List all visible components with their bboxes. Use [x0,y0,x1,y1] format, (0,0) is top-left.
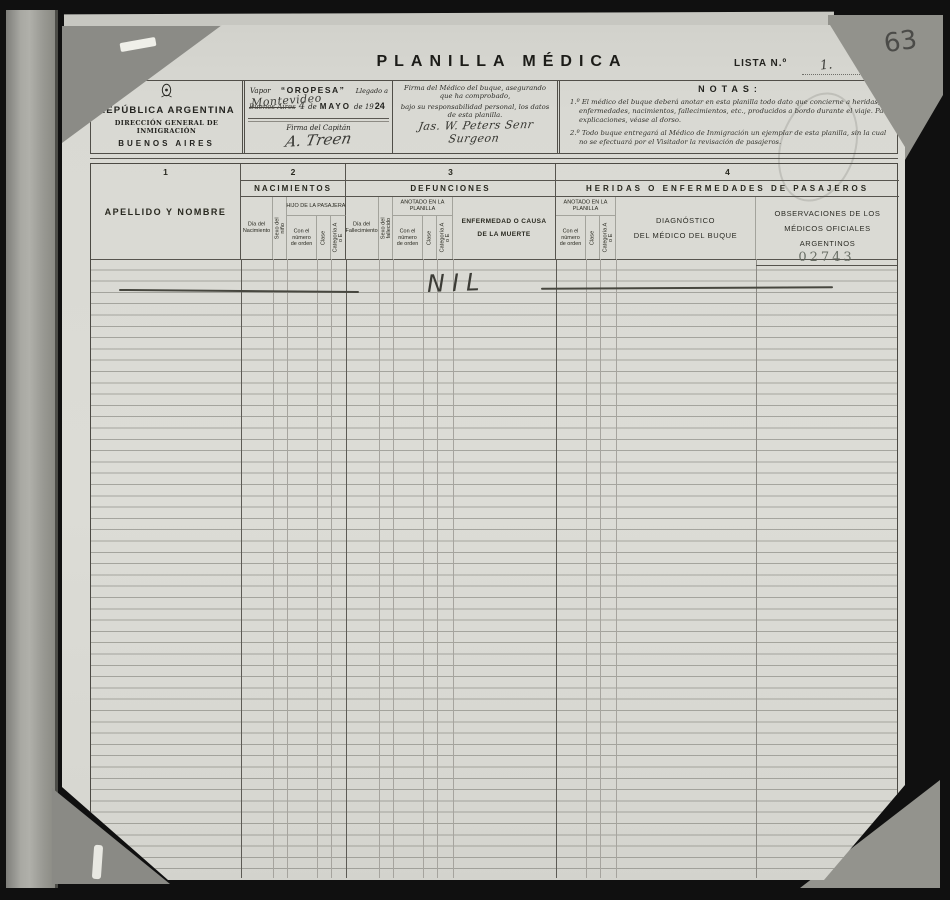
column-rule [331,259,332,878]
column-rule [423,259,424,878]
def-dia-label: Día del Fallecimiento [346,222,378,234]
nac-hijo-label: HIJO DE LA PASAJERA [286,203,345,209]
header-band: REPÚBLICA ARGENTINA DIRECCIÓN GENERAL DE… [90,80,898,154]
column-rule [393,259,394,878]
surgeon-statement-line2: bajo su responsabilidad personal, los da… [393,103,557,119]
her-categoria-label: Categoría A o E [602,222,613,254]
column-rule [756,259,757,878]
form-page: PLANILLA MÉDICA LISTA N.º 1. REPÚBLICA A… [62,25,905,880]
nacimientos-title: NACIMIENTOS [241,181,346,197]
de-year-label: de 19 [354,103,374,111]
her-num-header: Con el número de orden [556,216,586,259]
pencil-page-number: 63 [882,25,919,59]
ledger-row-lines [91,259,897,878]
vessel-box: Vapor “OROPESA” Llegado a Buenos Aires M… [244,81,393,153]
serial-rule [756,265,897,266]
llegado-label: Llegado a [356,87,388,95]
surgeon-box: Firma del Médico del buque, asegurando q… [393,81,558,153]
col-number-4: 4 [556,164,899,181]
lista-number-handwritten: 1. [819,57,833,73]
her-diagnostico-header: DIAGNÓSTICO DEL MÉDICO DEL BUQUE [616,197,756,259]
arrival-month: MAYO [320,102,351,111]
vapor-label: Vapor [250,87,271,95]
def-enfermedad-line2: DE LA MUERTE [477,228,530,241]
nac-num-label: Con el número de orden [290,228,313,247]
nac-clase-header: Clase [317,216,331,259]
column-rule [586,259,587,878]
her-categoria-header: Categoría A o E [600,216,616,259]
apellido-header: APELLIDO Y NOMBRE [105,165,227,259]
nac-dia-label: Día del Nacimiento [243,222,270,234]
divider [248,118,389,119]
def-categoria-label: Categoría A o E [439,222,450,254]
def-anotado-label: ANOTADO EN LA PLANILLA [399,200,445,212]
org-city: BUENOS AIRES [91,139,242,148]
def-anotado-header: ANOTADO EN LA PLANILLA [393,197,453,216]
lista-underline [802,74,866,75]
column-rule [453,259,454,878]
column-rule [600,259,601,878]
column-rule [616,259,617,878]
column-rule [273,259,274,878]
col-number-2: 2 [241,164,346,181]
divider [248,121,389,122]
lista-label: LISTA N.º [734,58,787,69]
nac-categoria-label: Categoría A o E [332,222,343,254]
defunciones-title: DEFUNCIONES [346,181,556,197]
her-diagnostico-line2: DEL MÉDICO DEL BUQUE [634,228,738,243]
nac-dia-header: Día del Nacimiento [241,197,273,259]
serial-stamp: 02743 [756,250,897,265]
nac-sexo-label: Sexo del niño [274,212,285,244]
def-enfermedad-header: ENFERMEDAD O CAUSA DE LA MUERTE [453,197,556,259]
form-title: PLANILLA MÉDICA [302,53,702,71]
scanned-document: 63 PLANILLA MÉDICA LISTA N.º 1. REPÚBLIC… [0,0,950,900]
def-enfermedad-line1: ENFERMEDAD O CAUSA [462,215,547,228]
heridas-title: HERIDAS O ENFERMEDADES DE PASAJEROS [556,181,899,197]
her-observaciones-line1: OBSERVACIONES DE LOS [775,206,881,221]
her-diagnostico-line1: DIAGNÓSTICO [656,213,715,228]
her-clase-header: Clase [586,216,600,259]
def-sexo-header: Sexo del fallecido [379,197,393,259]
column-rule [556,259,557,878]
nil-entry: NIL [427,268,487,298]
record-table: 1 APELLIDO Y NOMBRE 2 3 4 NACIMIENTOS DE… [90,163,898,878]
nac-sexo-header: Sexo del niño [273,197,287,259]
def-num-label: Con el número de orden [396,228,419,247]
column-rule [317,259,318,878]
book-page-block-edge [6,10,58,888]
nac-num-header: Con el número de orden [287,216,317,259]
surgeon-statement-line1: Firma del Médico del buque, asegurando q… [393,84,557,100]
org-department: DIRECCIÓN GENERAL DE INMIGRACIÓN [91,119,242,135]
surgeon-signature: Jas. W. Peters Senr Surgeon [391,118,560,147]
def-categoria-header: Categoría A o E [437,216,453,259]
column-rule [437,259,438,878]
def-clase-label: Clase [427,230,433,244]
her-clase-label: Clase [590,230,596,244]
nac-hijo-header: HIJO DE LA PASAJERA [287,197,346,216]
her-observaciones-line2: MÉDICOS OFICIALES ARGENTINOS [756,221,899,251]
arrival-year: 24 [375,101,385,111]
column-rule [287,259,288,878]
def-clase-header: Clase [423,216,437,259]
column-rule [241,259,242,878]
her-num-label: Con el número de orden [559,228,582,247]
col-number-3: 3 [346,164,556,181]
her-anotado-label: ANOTADO EN LA PLANILLA [562,200,608,212]
def-num-header: Con el número de orden [393,216,423,259]
def-dia-header: Día del Fallecimiento [346,197,379,259]
notas-heading: NOTAS: [560,84,900,94]
column-rule [346,259,347,878]
nac-categoria-header: Categoría A o E [331,216,346,259]
org-country: REPÚBLICA ARGENTINA [91,105,242,116]
column-rule [379,259,380,878]
her-anotado-header: ANOTADO EN LA PLANILLA [556,197,616,216]
def-sexo-label: Sexo del fallecido [380,212,391,244]
col1-header-cell: 1 APELLIDO Y NOMBRE [91,164,241,259]
nac-clase-label: Clase [321,230,327,244]
